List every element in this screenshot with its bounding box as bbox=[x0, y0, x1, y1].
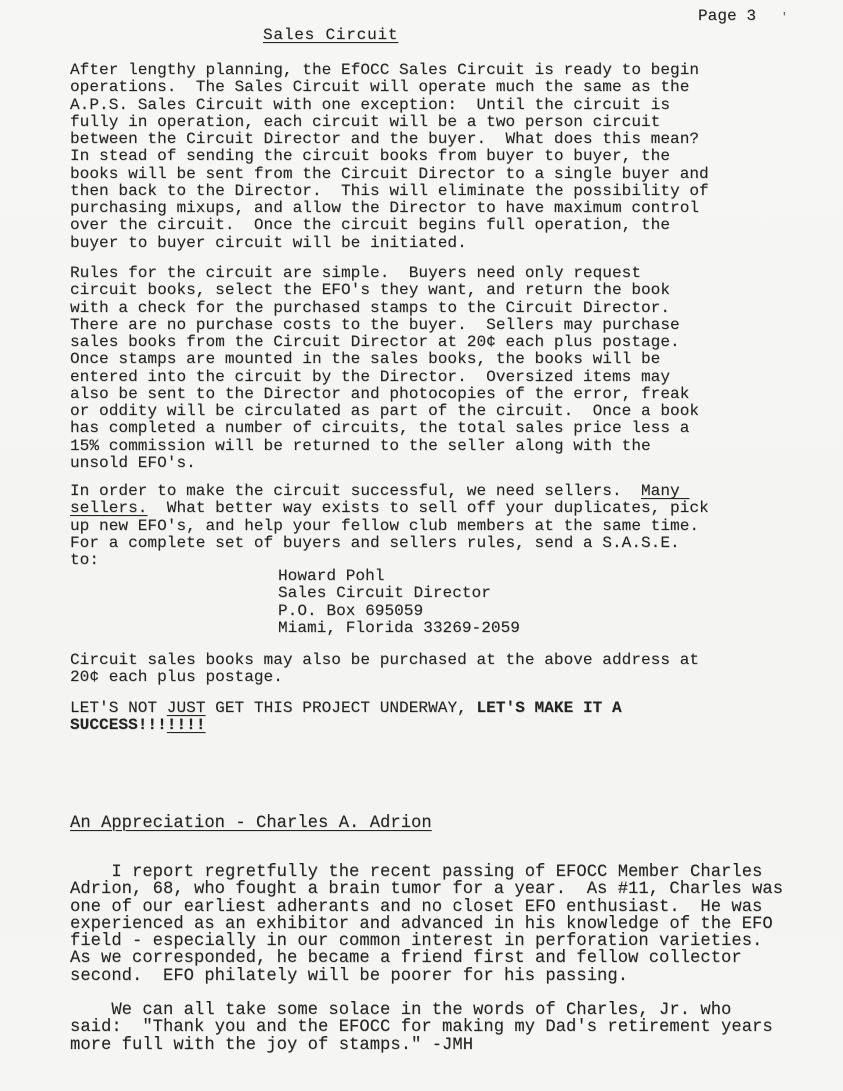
slogan-mid: GET THIS PROJECT UNDERWAY, bbox=[206, 699, 477, 717]
paragraph-3-lead: In order to make the circuit successful,… bbox=[70, 482, 641, 500]
slogan-lead: LET'S NOT bbox=[70, 699, 167, 717]
paragraph-3-rest: What better way exists to sell off your … bbox=[70, 499, 709, 569]
page-number: Page 3 bbox=[698, 8, 756, 25]
slogan-bold-underlined-exclamations: !!!! bbox=[167, 716, 206, 734]
sales-circuit-paragraph-1: After lengthy planning, the EfOCC Sales … bbox=[70, 62, 709, 252]
sales-circuit-paragraph-2: Rules for the circuit are simple. Buyers… bbox=[70, 265, 699, 472]
section-title-appreciation: An Appreciation - Charles A. Adrion bbox=[70, 815, 432, 832]
scan-speck: ' bbox=[781, 12, 788, 24]
sales-circuit-paragraph-3: In order to make the circuit successful,… bbox=[70, 483, 709, 569]
slogan-line: LET'S NOT JUST GET THIS PROJECT UNDERWAY… bbox=[70, 700, 622, 735]
scanned-document-page: Page 3 ' Sales Circuit After lengthy pla… bbox=[0, 0, 843, 1091]
appreciation-paragraph-1: I report regretfully the recent passing … bbox=[70, 864, 783, 985]
circuit-director-address-block: Howard Pohl Sales Circuit Director P.O. … bbox=[278, 568, 520, 637]
appreciation-paragraph-2: We can all take some solace in the words… bbox=[70, 1002, 773, 1054]
slogan-emphasis-just: JUST bbox=[167, 699, 206, 717]
purchase-note-paragraph: Circuit sales books may also be purchase… bbox=[70, 652, 699, 687]
emphasis-sellers: sellers. bbox=[70, 499, 147, 517]
emphasis-many: Many bbox=[641, 482, 689, 500]
section-title-sales-circuit: Sales Circuit bbox=[263, 27, 398, 44]
